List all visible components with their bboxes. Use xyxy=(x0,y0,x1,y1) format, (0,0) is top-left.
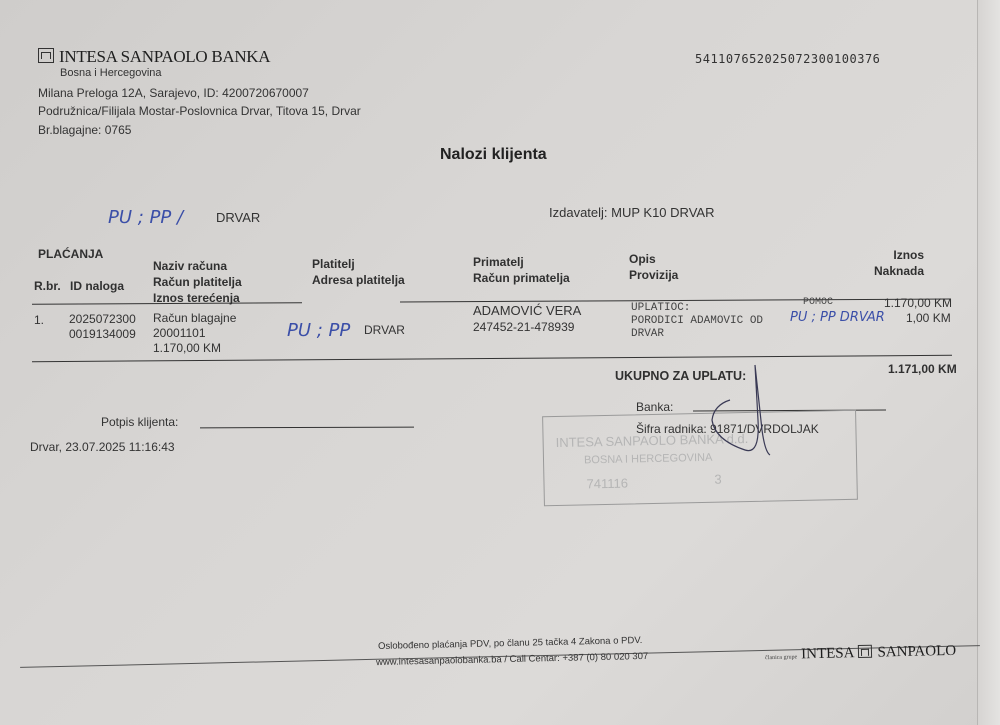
client-name: DRVAR xyxy=(216,210,260,225)
header-naziv: Naziv računa Račun platitelja Iznos tere… xyxy=(153,258,242,306)
header-opis: Opis Provizija xyxy=(629,251,678,283)
row-opis-3: DRVAR xyxy=(631,328,763,341)
row-opis-2: PORODICI ADAMOVIC OD xyxy=(631,315,763,328)
bank-sign-label: Banka: xyxy=(636,400,673,414)
bank-logo-icon xyxy=(38,48,54,63)
header-naziv-2: Račun platitelja xyxy=(153,274,242,290)
client-signature-label: Potpis klijenta: xyxy=(101,415,178,429)
header-primatelj-2: Račun primatelja xyxy=(473,270,570,286)
cashier-number: Br.blagajne: 0765 xyxy=(38,123,131,137)
bank-logo: INTESA SANPAOLO BANKA xyxy=(38,47,270,67)
bank-logo-text: INTESA SANPAOLO BANKA xyxy=(59,47,270,66)
row-naziv-2: 20001101 xyxy=(153,326,236,341)
stamp-line-2: BOSNA I HERCEGOVINA xyxy=(584,452,713,467)
header-iznos-2: Naknada xyxy=(874,263,924,279)
row-naziv-3: 1.170,00 KM xyxy=(153,341,236,356)
header-id: ID naloga xyxy=(70,278,124,294)
row-opis-handwritten: PU ; PP DRVAR xyxy=(790,310,885,325)
issuer: Izdavatelj: MUP K10 DRVAR xyxy=(549,205,714,220)
row-opis: UPLATIOC: PORODICI ADAMOVIC OD DRVAR xyxy=(631,302,763,341)
header-platitelj: Platitelj Adresa platitelja xyxy=(312,256,405,288)
client-signature-line xyxy=(200,427,414,429)
footer-logo-left: INTESA xyxy=(801,645,855,662)
total-value: 1.171,00 KM xyxy=(888,361,957,377)
row-platitelj-handwritten: PU ; PP xyxy=(287,320,350,341)
signature-scribble xyxy=(700,360,790,460)
footer-logo-right: SANPAOLO xyxy=(877,643,956,661)
section-label: PLAĆANJA xyxy=(38,246,103,262)
row-id: 2025072300 0019134009 xyxy=(69,312,136,342)
footer-group-label: članica grupe xyxy=(765,654,797,661)
header-platitelj-2: Adresa platitelja xyxy=(312,272,405,288)
row-naziv: Račun blagajne 20001101 1.170,00 KM xyxy=(153,311,236,356)
stamp-line-3: 741116 xyxy=(586,476,628,492)
header-primatelj-1: Primatelj xyxy=(473,254,570,270)
row-rbr: 1. xyxy=(34,313,44,327)
header-naziv-1: Naziv računa xyxy=(153,258,242,274)
row-opis-tag: POMOC xyxy=(803,297,833,308)
row-id-1: 2025072300 xyxy=(69,312,136,327)
header-platitelj-1: Platitelj xyxy=(312,256,405,272)
row-naziv-1: Račun blagajne xyxy=(153,311,236,326)
client-handwritten: PU ; PP / xyxy=(108,207,183,228)
row-primatelj-name: ADAMOVIĆ VERA xyxy=(473,303,581,319)
footer-group-logo: članica grupe INTESA SANPAOLO xyxy=(765,642,956,664)
document-datetime: Drvar, 23.07.2025 11:16:43 xyxy=(30,440,175,454)
row-primatelj-account: 247452-21-478939 xyxy=(473,319,581,335)
row-platitelj: DRVAR xyxy=(364,323,405,337)
page-title: Nalozi klijenta xyxy=(440,146,547,164)
header-rbr: R.br. xyxy=(34,278,61,294)
row-iznos: 1.170,00 KM xyxy=(884,296,952,310)
footer-vat-note: Oslobođeno plaćanja PDV, po članu 25 tač… xyxy=(378,635,643,652)
header-opis-2: Provizija xyxy=(629,267,678,283)
row-primatelj: ADAMOVIĆ VERA 247452-21-478939 xyxy=(473,303,581,335)
header-iznos-1: Iznos xyxy=(874,247,924,263)
footer-contact: www.intesasanpaolobanka.ba / Call Centar… xyxy=(376,651,648,668)
header-iznos: Iznos Naknada xyxy=(874,247,924,279)
bank-branch: Podružnica/Filijala Mostar-Poslovnica Dr… xyxy=(38,104,361,118)
row-id-2: 0019134009 xyxy=(69,327,136,342)
bank-country: Bosna i Hercegovina xyxy=(60,67,162,79)
paper-edge xyxy=(977,0,1000,725)
header-primatelj: Primatelj Račun primatelja xyxy=(473,254,570,286)
document-number: 5411076520250723001003​76 xyxy=(695,52,880,66)
header-opis-1: Opis xyxy=(629,251,678,267)
row-opis-1: UPLATIOC: xyxy=(631,302,763,315)
row-naknada: 1,00 KM xyxy=(906,311,951,325)
stamp-line-4: 3 xyxy=(714,472,722,487)
footer-logo-icon xyxy=(858,645,872,658)
bank-address: Milana Preloga 12A, Sarajevo, ID: 420072… xyxy=(38,86,309,100)
